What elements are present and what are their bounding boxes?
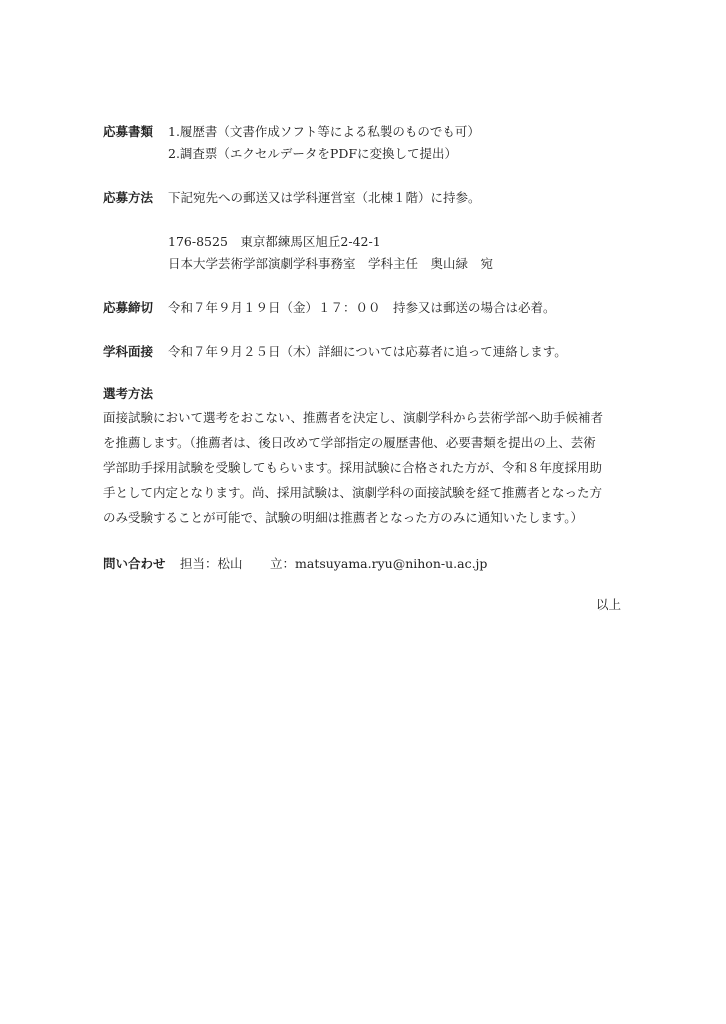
contact-label: 問い合わせ <box>103 556 166 572</box>
method-text: 下記宛先への郵送又は学科運営室（北棟１階）に持参。 <box>168 190 481 206</box>
contact-person: 担当：松山 <box>180 556 243 572</box>
contact-email-row: 立：matsuyama.ryu@nihon-u.ac.jp <box>270 556 487 572</box>
address-line-1: 176-8525 東京都練馬区旭丘2-42-1 <box>168 234 381 250</box>
interview-text: 令和７年９月２５日（木）詳細については応募者に追って連絡します。 <box>168 344 567 360</box>
deadline-text: 令和７年９月１９日（金）１７：００ 持参又は郵送の場合は必着。 <box>168 300 556 316</box>
documents-item-2: 2.調査票（エクセルデータをPDFに変換して提出） <box>168 146 457 162</box>
selection-line: 面接試験において選考をおこない、推薦者を決定し、演劇学科から芸術学部へ助手候補者 <box>103 405 633 430</box>
address-line-2: 日本大学芸術学部演劇学科事務室 学科主任 奥山緑 宛 <box>168 256 493 272</box>
interview-label: 学科面接 <box>103 344 153 360</box>
selection-line: のみ受験することが可能で、試験の明細は推薦者となった方のみに通知いたします。） <box>103 505 633 530</box>
closing-text: 以上 <box>596 597 621 613</box>
selection-heading: 選考方法 <box>103 386 153 402</box>
selection-line: を推薦します。（推薦者は、後日改めて学部指定の履歴書他、必要書類を提出の上、芸術 <box>103 430 633 455</box>
contact-email[interactable]: matsuyama.ryu@nihon-u.ac.jp <box>295 556 487 571</box>
method-label: 応募方法 <box>103 190 153 206</box>
selection-paragraph: 面接試験において選考をおこない、推薦者を決定し、演劇学科から芸術学部へ助手候補者… <box>103 405 633 530</box>
selection-line: 手として内定となります。尚、採用試験は、演劇学科の面接試験を経て推薦者となった方 <box>103 480 633 505</box>
documents-item-1: 1.履歴書（文書作成ソフト等による私製のものでも可） <box>168 124 480 140</box>
contact-email-prefix: 立： <box>270 556 295 571</box>
deadline-label: 応募締切 <box>103 300 153 316</box>
documents-label: 応募書類 <box>103 124 153 140</box>
selection-line: 学部助手採用試験を受験してもらいます。採用試験に合格された方が、令和８年度採用助 <box>103 455 633 480</box>
